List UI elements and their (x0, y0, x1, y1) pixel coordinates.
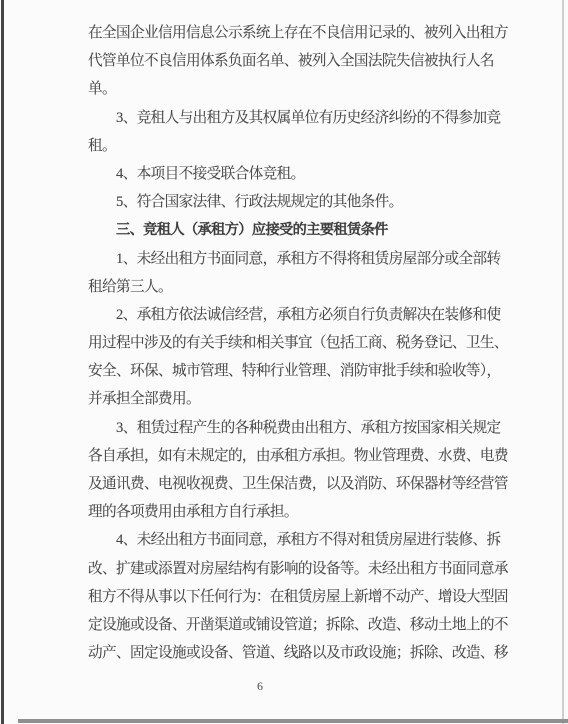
text-line: 4、未经出租方书面同意，承租方不得对租赁房屋进行装修、拆 (88, 526, 508, 554)
document-page: 在全国企业信用信息公示系统上存在不良信用记录的、被列入出租方 代管单位不良信用体… (0, 0, 568, 724)
left-scan-edge (1, 0, 4, 724)
document-body: 在全国企业信用信息公示系统上存在不良信用记录的、被列入出租方 代管单位不良信用体… (88, 19, 508, 667)
text-line: 租给第三人。 (88, 273, 508, 301)
text-line: 用过程中涉及的有关手续和相关事宜（包括工商、税务登记、卫生、 (88, 329, 508, 357)
text-line: 改、扩建或添置对房屋结构有影响的设备等。未经出租方书面同意承 (88, 555, 508, 583)
text-line: 定设施或设备、开凿渠道或铺设管道；拆除、改造、移动土地上的不 (88, 611, 508, 639)
text-line: 租。 (88, 132, 508, 160)
text-line: 2、承租方依法诚信经营，承租方必须自行负责解决在装修和使 (88, 301, 508, 329)
text-line: 4、本项目不接受联合体竞租。 (88, 160, 508, 188)
text-line: 及通讯费、电视收视费、卫生保洁费，以及消防、环保器材等经营管 (88, 470, 508, 498)
text-line: 动产、固定设施或设备、管道、线路以及市政设施；拆除、改造、移 (88, 639, 508, 667)
text-line: 安全、环保、城市管理、特种行业管理、消防审批手续和验收等）， (88, 357, 508, 385)
section-heading: 三、竞租人（承租方）应接受的主要租赁条件 (88, 216, 508, 244)
text-line: 单。 (88, 75, 508, 103)
text-line: 3、租赁过程产生的各种税费由出租方、承租方按国家相关规定 (88, 414, 508, 442)
text-line: 各自承担，如有未规定的，由承租方承担。物业管理费、水费、电费 (88, 442, 508, 470)
text-line: 理的各项费用由承租方自行承担。 (88, 498, 508, 526)
text-line: 租方不得从事以下任何行为：在租赁房屋上新增不动产、增设大型固 (88, 583, 508, 611)
text-line: 1、未经出租方书面同意，承租方不得将租赁房屋部分或全部转 (88, 245, 508, 273)
text-line: 5、符合国家法律、行政法规规定的其他条件。 (88, 188, 508, 216)
text-line: 3、竞租人与出租方及其权属单位有历史经济纠纷的不得参加竞 (88, 104, 508, 132)
bottom-scan-edge (18, 719, 568, 723)
text-line: 在全国企业信用信息公示系统上存在不良信用记录的、被列入出租方 (88, 19, 508, 47)
right-scan-edge (562, 0, 564, 724)
text-line: 代管单位不良信用体系负面名单、被列入全国法院失信被执行人名 (88, 47, 508, 75)
text-line: 并承担全部费用。 (88, 385, 508, 413)
page-number: 6 (250, 679, 270, 694)
